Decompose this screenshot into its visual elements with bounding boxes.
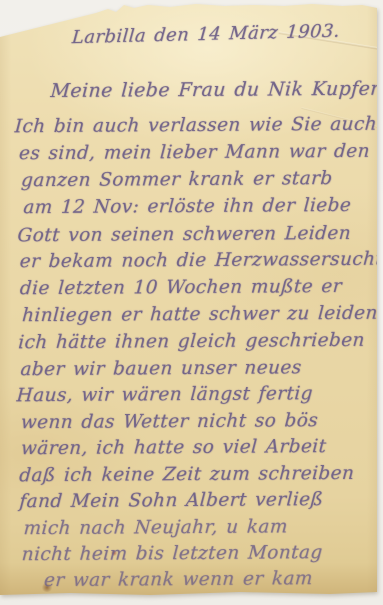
scanned-letter: Larbilla den 14 März 1903. Meine liebe F…: [0, 0, 383, 605]
handwriting-line: Ich bin auch verlassen wie Sie auch: [14, 114, 378, 138]
handwriting-line: Gott von seinen schweren Leiden: [17, 223, 352, 246]
handwriting-layer: Larbilla den 14 März 1903. Meine liebe F…: [0, 0, 380, 605]
paper-shadow: Larbilla den 14 März 1903. Meine liebe F…: [0, 0, 383, 605]
handwriting-line: ich hätte ihnen gleich geschrieben: [18, 330, 366, 353]
letter-paper: Larbilla den 14 März 1903. Meine liebe F…: [0, 0, 378, 605]
handwriting-line: es sind, mein lieber Mann war den: [18, 141, 370, 164]
letter-dateline: Larbilla den 14 März 1903.: [71, 21, 341, 49]
handwriting-line: wären, ich hatte so viel Arbeit: [20, 436, 327, 459]
handwriting-line: wenn das Wetter nicht so bös: [20, 410, 319, 433]
handwriting-line: fand Mein Sohn Albert verließ: [19, 489, 324, 512]
handwriting-line: ganzen Sommer krank er starb: [20, 168, 333, 191]
handwriting-line: die letzten 10 Wochen mußte er: [19, 276, 342, 299]
handwriting-line: Haus, wir wären längst fertig: [16, 383, 314, 406]
handwriting-line: am 12 Nov: erlöste ihn der liebe: [23, 195, 352, 218]
handwriting-line: nicht heim bis letzten Montag: [21, 542, 323, 565]
handwriting-line: hinliegen er hatte schwer zu leiden: [21, 303, 378, 326]
handwriting-line: er bekam noch die Herzwassersucht: [19, 249, 383, 273]
letter-salutation: Meine liebe Frau du Nik Kupfer!: [50, 78, 383, 102]
handwriting-line: mich nach Neujahr, u kam: [23, 516, 289, 539]
handwriting-line: daß ich keine Zeit zum schreiben: [19, 463, 355, 486]
handwriting-line: aber wir bauen unser neues: [20, 357, 302, 380]
handwriting-line: er war krank wenn er kam: [43, 568, 313, 591]
